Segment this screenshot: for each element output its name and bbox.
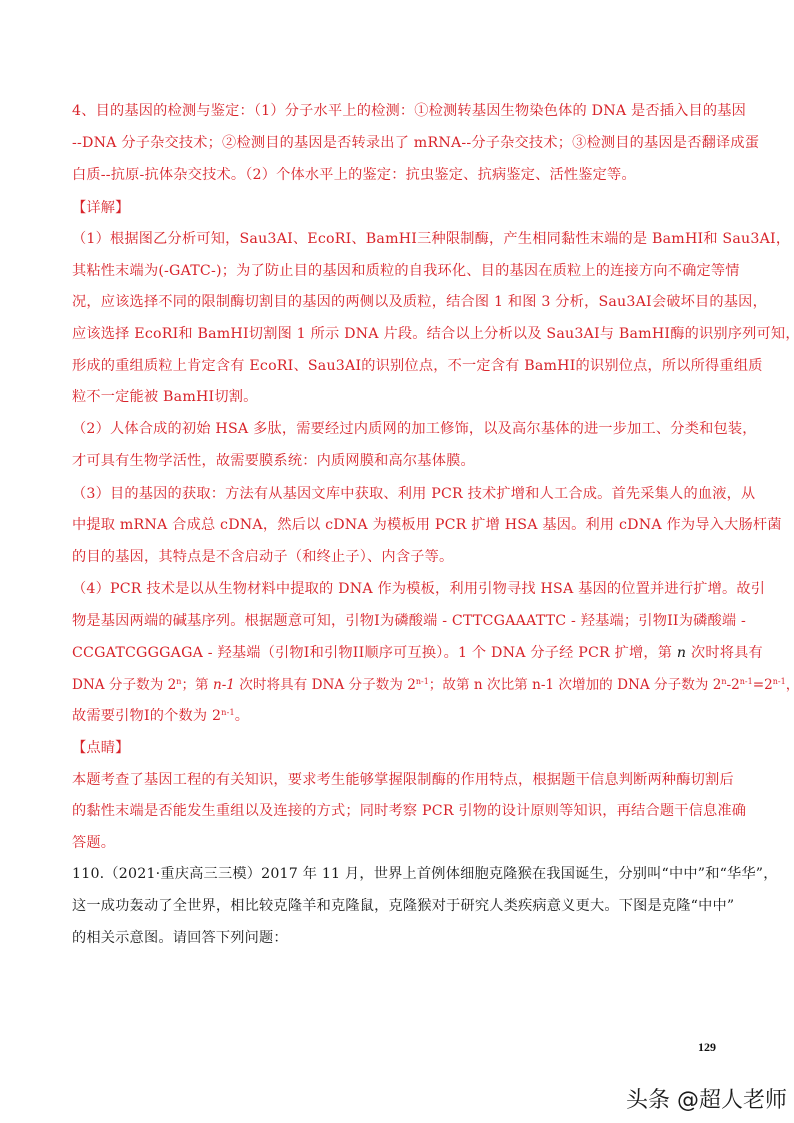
text: ， — [786, 677, 794, 693]
detail-part1-line-6: 粒不一定能被 BamHI切割。 — [72, 388, 732, 406]
superscript: n-1 — [740, 677, 753, 686]
variable-n: n — [677, 645, 686, 661]
variable-n-1: n-1 — [213, 677, 235, 693]
comment-line-3: 答题。 — [72, 834, 732, 852]
text: DNA 分子数为 2 — [72, 677, 176, 693]
text: CCGATCGGGAGA - 羟基端（引物I和引物II顺序可互换）。1 个 DN… — [72, 645, 677, 661]
detail-part4-line-4: DNA 分子数为 2n；第 n-1 次时将具有 DNA 分子数为 2n-1；故第… — [72, 676, 732, 694]
superscript: n-1 — [221, 708, 235, 717]
text: 次时将具有 DNA 分子数为 2 — [235, 677, 416, 693]
text: =2 — [753, 677, 773, 693]
superscript: n-1 — [416, 677, 429, 686]
detail-part2-line-1: （2）人体合成的初始 HSA 多肽，需要经过内质网的加工修饰，以及高尔基体的进一… — [72, 420, 732, 438]
text: -2 — [727, 677, 740, 693]
text: ；故第 n 次比第 n-1 次增加的 DNA 分子数为 2 — [429, 677, 722, 693]
section4-line-1: 4、目的基因的检测与鉴定：（1）分子水平上的检测：①检测转基因生物染色体的 DN… — [72, 102, 732, 120]
question-110-line-2: 这一成功轰动了全世界，相比较克隆羊和克隆鼠，克隆猴对于研究人类疾病意义更大。下图… — [72, 897, 732, 915]
detail-part1-line-5: 形成的重组质粒上肯定含有 EcoRI、Sau3AI的识别位点，不一定含有 Bam… — [72, 357, 732, 375]
comment-heading: 【点睛】 — [72, 739, 732, 757]
text: ；第 — [181, 677, 213, 693]
detail-part1-line-3: 况，应该选择不同的限制酶切割目的基因的两侧以及质粒，结合图 1 和图 3 分析，… — [72, 293, 732, 311]
detail-heading: 【详解】 — [72, 199, 732, 217]
detail-part3-line-3: 的目的基因，其特点是不含启动子（和终止子）、内含子等。 — [72, 548, 732, 566]
watermark: 头条 @超人老师 — [626, 1083, 787, 1114]
text: 次时将具有 — [686, 645, 763, 661]
text: 。 — [235, 708, 249, 724]
detail-part4-line-1: （4）PCR 技术是以从生物材料中提取的 DNA 作为模板，利用引物寻找 HSA… — [72, 580, 732, 598]
detail-part4-line-3: CCGATCGGGAGA - 羟基端（引物I和引物II顺序可互换）。1 个 DN… — [72, 644, 732, 662]
page-number: 129 — [698, 1040, 716, 1055]
question-110-line-3: 的相关示意图。请回答下列问题： — [72, 929, 732, 947]
text: 故需要引物I的个数为 2 — [72, 708, 221, 724]
comment-line-1: 本题考查了基因工程的有关知识，要求考生能够掌握限制酶的作用特点，根据题干信息判断… — [72, 771, 732, 789]
superscript: n-1 — [773, 677, 786, 686]
section4-line-3: 白质--抗原-抗体杂交技术。（2）个体水平上的鉴定：抗虫鉴定、抗病鉴定、活性鉴定… — [72, 166, 732, 184]
detail-part1-line-4: 应该选择 EcoRI和 BamHI切割图 1 所示 DNA 片段。结合以上分析以… — [72, 325, 732, 343]
detail-part1-line-1: （1）根据图乙分析可知，Sau3AI、EcoRI、BamHI三种限制酶，产生相同… — [72, 230, 732, 248]
question-110-line-1: 110.（2021·重庆高三三模）2017 年 11 月，世界上首例体细胞克隆猴… — [72, 865, 732, 883]
detail-part2-line-2: 才可具有生物学活性，故需要膜系统：内质网膜和高尔基体膜。 — [72, 452, 732, 470]
detail-part3-line-1: （3）目的基因的获取：方法有从基因文库中获取、利用 PCR 技术扩增和人工合成。… — [72, 485, 732, 503]
detail-part1-line-2: 其粘性末端为(-GATC-)；为了防止目的基因和质粒的自我环化、目的基因在质粒上… — [72, 262, 732, 280]
detail-part3-line-2: 中提取 mRNA 合成总 cDNA，然后以 cDNA 为模板用 PCR 扩增 H… — [72, 516, 732, 534]
comment-line-2: 的黏性末端是否能发生重组以及连接的方式；同时考察 PCR 引物的设计原则等知识，… — [72, 802, 732, 820]
detail-part4-line-5: 故需要引物I的个数为 2n-1。 — [72, 707, 732, 725]
section4-line-2: --DNA 分子杂交技术；②检测目的基因是否转录出了 mRNA--分子杂交技术；… — [72, 134, 732, 152]
detail-part4-line-2: 物是基因两端的碱基序列。根据题意可知，引物I为磷酸端 - CTTCGAAATTC… — [72, 612, 732, 630]
